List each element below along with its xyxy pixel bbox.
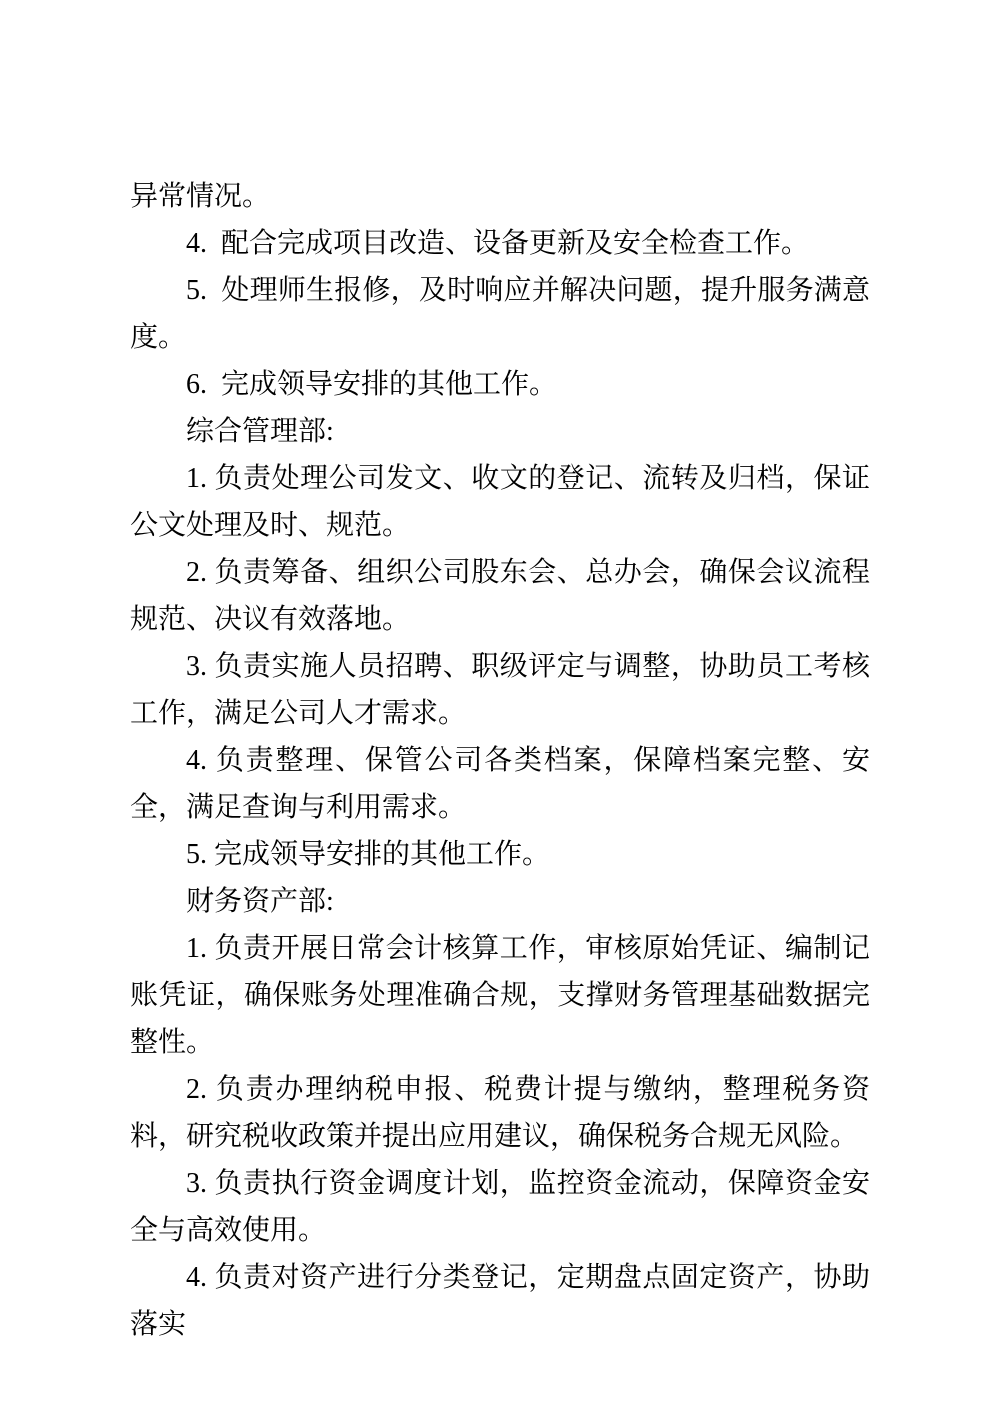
document-page: 异常情况。 4. 配合完成项目改造、设备更新及安全检查工作。 5. 处理师生报修… [0,0,992,1403]
paragraph-continuation: 异常情况。 [130,173,870,220]
numbered-item-admin-2: 2. 负责筹备、组织公司股东会、总办会，确保会议流程规范、决议有效落地。 [130,549,870,643]
numbered-item-finance-4: 4. 负责对资产进行分类登记，定期盘点固定资产，协助落实 [130,1254,870,1348]
numbered-item-admin-1: 1. 负责处理公司发文、收文的登记、流转及归档，保证公文处理及时、规范。 [130,455,870,549]
numbered-item-finance-3: 3. 负责执行资金调度计划，监控资金流动，保障资金安全与高效使用。 [130,1160,870,1254]
numbered-item-logistics-6: 6. 完成领导安排的其他工作。 [130,361,870,408]
numbered-item-logistics-5: 5. 处理师生报修，及时响应并解决问题，提升服务满意度。 [130,267,870,361]
section-heading-finance-assets: 财务资产部: [130,878,870,925]
numbered-item-finance-1: 1. 负责开展日常会计核算工作，审核原始凭证、编制记账凭证，确保账务处理准确合规… [130,925,870,1066]
numbered-item-finance-2: 2. 负责办理纳税申报、税费计提与缴纳，整理税务资料，研究税收政策并提出应用建议… [130,1066,870,1160]
numbered-item-logistics-4: 4. 配合完成项目改造、设备更新及安全检查工作。 [130,220,870,267]
section-heading-general-admin: 综合管理部: [130,408,870,455]
numbered-item-admin-5: 5. 完成领导安排的其他工作。 [130,831,870,878]
numbered-item-admin-4: 4. 负责整理、保管公司各类档案，保障档案完整、安全，满足查询与利用需求。 [130,737,870,831]
numbered-item-admin-3: 3. 负责实施人员招聘、职级评定与调整，协助员工考核工作，满足公司人才需求。 [130,643,870,737]
